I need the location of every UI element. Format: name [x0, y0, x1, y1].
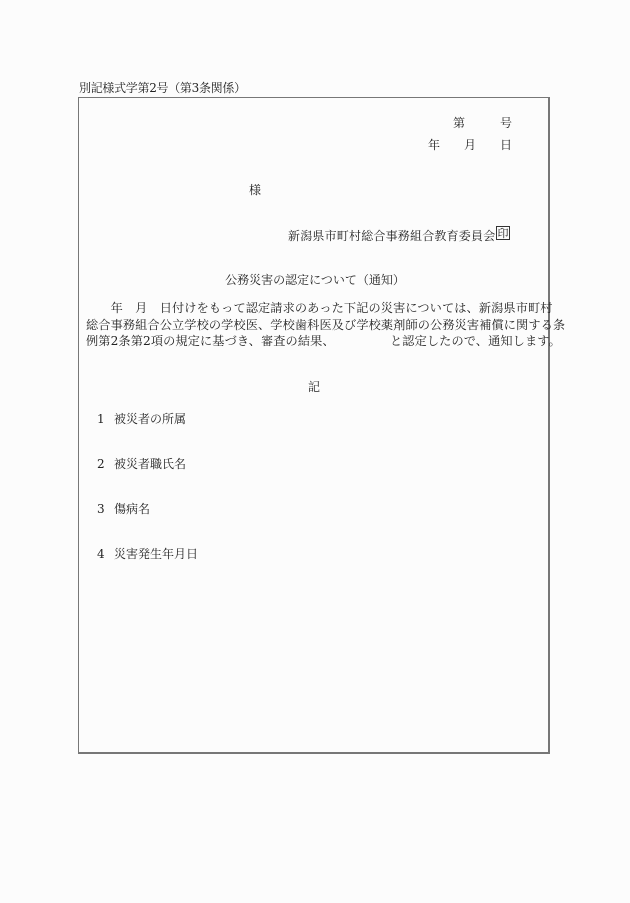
item-number: 2 — [97, 457, 114, 471]
body-line-3: 例第2条第2項の規定に基づき、審査の結果、 と認定したので、通知します。 — [86, 333, 546, 350]
number-suffix: 号 — [500, 114, 512, 131]
body-line-1: 年 月 日付けをもって認定請求のあった下記の災害については、新潟県市町村 — [86, 300, 546, 317]
ki-heading: 記 — [308, 378, 320, 395]
number-prefix: 第 — [453, 114, 465, 131]
list-item: 1被災者の所属 — [97, 410, 186, 427]
list-item: 4災害発生年月日 — [97, 545, 198, 562]
date-month: 月 — [464, 136, 476, 153]
item-label: 傷病名 — [114, 502, 150, 516]
date-year: 年 — [428, 136, 440, 153]
item-number: 1 — [97, 412, 114, 426]
form-label: 別記様式学第2号（第3条関係） — [79, 79, 246, 96]
addressee: 様 — [249, 181, 261, 198]
item-label: 災害発生年月日 — [114, 547, 198, 561]
body-paragraph: 年 月 日付けをもって認定請求のあった下記の災害については、新潟県市町村 総合事… — [86, 300, 546, 350]
list-item: 3傷病名 — [97, 500, 150, 517]
body-line-2: 総合事務組合公立学校の学校医、学校歯科医及び学校薬剤師の公務災害補償に関する条 — [86, 317, 546, 334]
item-number: 3 — [97, 502, 114, 516]
item-number: 4 — [97, 547, 114, 561]
seal-mark: 印 — [496, 226, 510, 240]
item-label: 被災者の所属 — [114, 412, 186, 426]
document-subject: 公務災害の認定について（通知） — [0, 271, 630, 288]
list-item: 2被災者職氏名 — [97, 455, 186, 472]
item-label: 被災者職氏名 — [114, 457, 186, 471]
issuer-name: 新潟県市町村総合事務組合教育委員会 — [288, 227, 495, 244]
date-day: 日 — [500, 136, 512, 153]
